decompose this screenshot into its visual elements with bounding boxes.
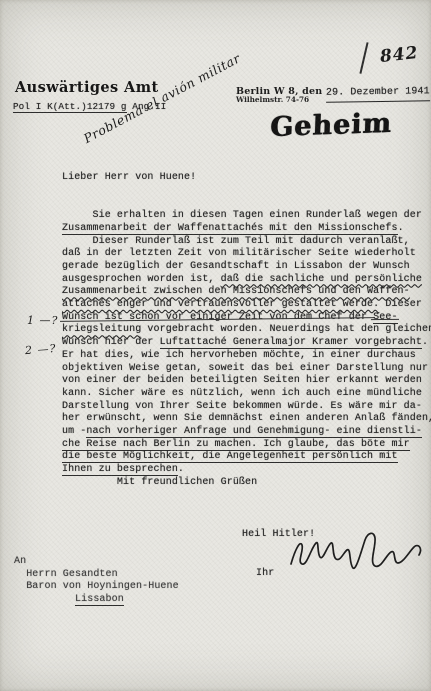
- text-segment: nach vorheriger Anfrage und Genehmigung-…: [86, 426, 422, 438]
- text-segment: ausgesprochen worden ist,: [62, 274, 221, 285]
- text-line: Dieser Runderlaß ist zum Teil mit dadurc…: [62, 236, 431, 249]
- text-segment: vorgebracht worden. Neuerdings hat den g…: [141, 324, 431, 335]
- text-line: her erwünscht, wenn Sie demnächst einen …: [62, 413, 431, 426]
- text-line: Wunsch hier der Luftattaché Generalmajor…: [62, 337, 431, 350]
- text-line: objektiven Weise getan, soweit das bei e…: [62, 363, 431, 376]
- letter-body: Lieber Herr von Huene! Sie erhalten in d…: [62, 172, 431, 490]
- text-segment: Er hat dies, wie ich hervorheben möchte,…: [62, 350, 416, 361]
- text-line: Er hat dies, wie ich hervorheben möchte,…: [62, 350, 431, 363]
- text-segment: Mit freundlichen Grüßen: [62, 477, 257, 488]
- text-line: Baron von Hoyningen-Huene: [14, 581, 179, 594]
- text-line: Ihnen zu besprechen.: [62, 464, 431, 477]
- text-line: Darstellung von Ihrer Seite bekommen wür…: [62, 401, 431, 414]
- text-segment: her erwünscht, wenn Sie demnächst einen …: [62, 413, 431, 424]
- text-line: die beste Möglichkeit, die Angelegenheit…: [62, 451, 431, 464]
- text-segment: Sie erhalten in diesen Tagen einen Runde…: [62, 210, 422, 221]
- text-line: kann. Sicher wäre es nützlich, wenn ich …: [62, 388, 431, 401]
- text-segment: die beste Möglichkeit, die Angelegenheit…: [62, 451, 398, 463]
- text-line: An: [14, 556, 179, 569]
- text-segment: Wunsch ist schon vor einiger Zeit von de…: [62, 312, 373, 323]
- text-segment: Zusammenarbeit zwischen den Missionschef…: [62, 286, 410, 297]
- text-line: Zusammenarbeit der Waffenattachés mit de…: [62, 223, 431, 236]
- margin-mark-1: 1 —?: [27, 314, 58, 327]
- handwritten-slash-mark: [359, 42, 368, 74]
- text-segment: .: [398, 223, 404, 234]
- text-line: kriegsleitung vorgebracht worden. Neuerd…: [62, 324, 431, 337]
- text-segment: [14, 594, 75, 605]
- text-segment: An: [14, 556, 26, 567]
- text-line: attachés enger und vertrauensvoller gest…: [62, 299, 431, 312]
- text-segment: che Reise nach Berlin zu machen. Ich gla…: [62, 439, 410, 451]
- text-segment: Dieser: [379, 299, 422, 310]
- text-segment: objektiven Weise getan, soweit das bei e…: [62, 363, 428, 374]
- text-segment: Dieser Runderlaß ist zum Teil mit dadurc…: [62, 236, 410, 247]
- text-segment: .: [422, 337, 428, 348]
- text-segment: Lissabon: [75, 594, 124, 606]
- text-line: Lieber Herr von Huene!: [62, 172, 431, 185]
- text-line: Zusammenarbeit zwischen den Missionschef…: [62, 286, 431, 299]
- text-line: Wunsch ist schon vor einiger Zeit von de…: [62, 312, 431, 325]
- text-segment: Ihnen zu besprechen: [62, 464, 178, 476]
- text-line: [62, 197, 431, 210]
- street-address: Wilhelmstr. 74-76: [236, 95, 309, 104]
- text-line: ausgesprochen worden ist, daß die sachli…: [62, 274, 431, 287]
- text-segment: Baron von Hoyningen-Huene: [14, 581, 179, 592]
- text-segment: Pol I K(Att.)12179 g: [13, 101, 127, 113]
- text-line: che Reise nach Berlin zu machen. Ich gla…: [62, 439, 431, 452]
- handwritten-diagonal-note: Problema el avión militar: [81, 50, 243, 146]
- text-segment: Wunsch hier der: [62, 337, 160, 348]
- text-segment: Herrn Gesandten: [14, 569, 118, 580]
- text-line: [62, 185, 431, 198]
- text-segment: .: [178, 464, 184, 475]
- text-segment: Zusammenarbeit der Waffenattachés mit de…: [62, 223, 398, 235]
- text-segment: von einer der beiden beteiligten Seiten …: [62, 375, 422, 386]
- text-segment: um -: [62, 426, 86, 437]
- signature-scrawl: [286, 522, 428, 576]
- text-line: gerade bezüglich der Gesandtschaft in Li…: [62, 261, 431, 274]
- text-line: Sie erhalten in diesen Tagen einen Runde…: [62, 210, 431, 223]
- typed-date: 29. Dezember 1941: [326, 86, 430, 102]
- recipient-block: An Herrn Gesandten Baron von Hoyningen-H…: [14, 556, 179, 607]
- text-segment: attachés enger und vertrauensvoller gest…: [62, 299, 379, 310]
- text-line: Mit freundlichen Grüßen: [62, 477, 431, 490]
- text-segment: daß die sachliche und persönliche: [221, 274, 422, 285]
- document-scan: Auswärtiges Amt Pol I K(Att.)12179 g Ang…: [0, 0, 431, 691]
- text-line: von einer der beiden beteiligten Seiten …: [62, 375, 431, 388]
- text-line: daß in der letzten Zeit von militärische…: [62, 248, 431, 261]
- text-segment: Lieber Herr von Huene!: [62, 172, 196, 183]
- text-segment: kriegsleitung: [62, 324, 141, 335]
- text-line: Herrn Gesandten: [14, 569, 179, 582]
- text-segment: Darstellung von Ihrer Seite bekommen wür…: [62, 401, 422, 412]
- margin-mark-2: 2 —?: [25, 342, 57, 357]
- agency-name: Auswärtiges Amt: [15, 79, 159, 96]
- text-segment: Luftattaché Generalmajor Kramer vorgebra…: [160, 337, 422, 349]
- text-line: Lissabon: [14, 594, 179, 607]
- text-segment: kann. Sicher wäre es nützlich, wenn ich …: [62, 388, 422, 399]
- geheim-stamp: Geheim: [269, 108, 392, 143]
- text-segment: gerade bezüglich der Gesandtschaft in Li…: [62, 261, 410, 272]
- text-line: um -nach vorheriger Anfrage und Genehmig…: [62, 426, 431, 439]
- text-segment: daß in der letzten Zeit von militärische…: [62, 248, 416, 259]
- handwritten-page-number: 842: [379, 43, 419, 67]
- text-segment: See-: [373, 312, 397, 324]
